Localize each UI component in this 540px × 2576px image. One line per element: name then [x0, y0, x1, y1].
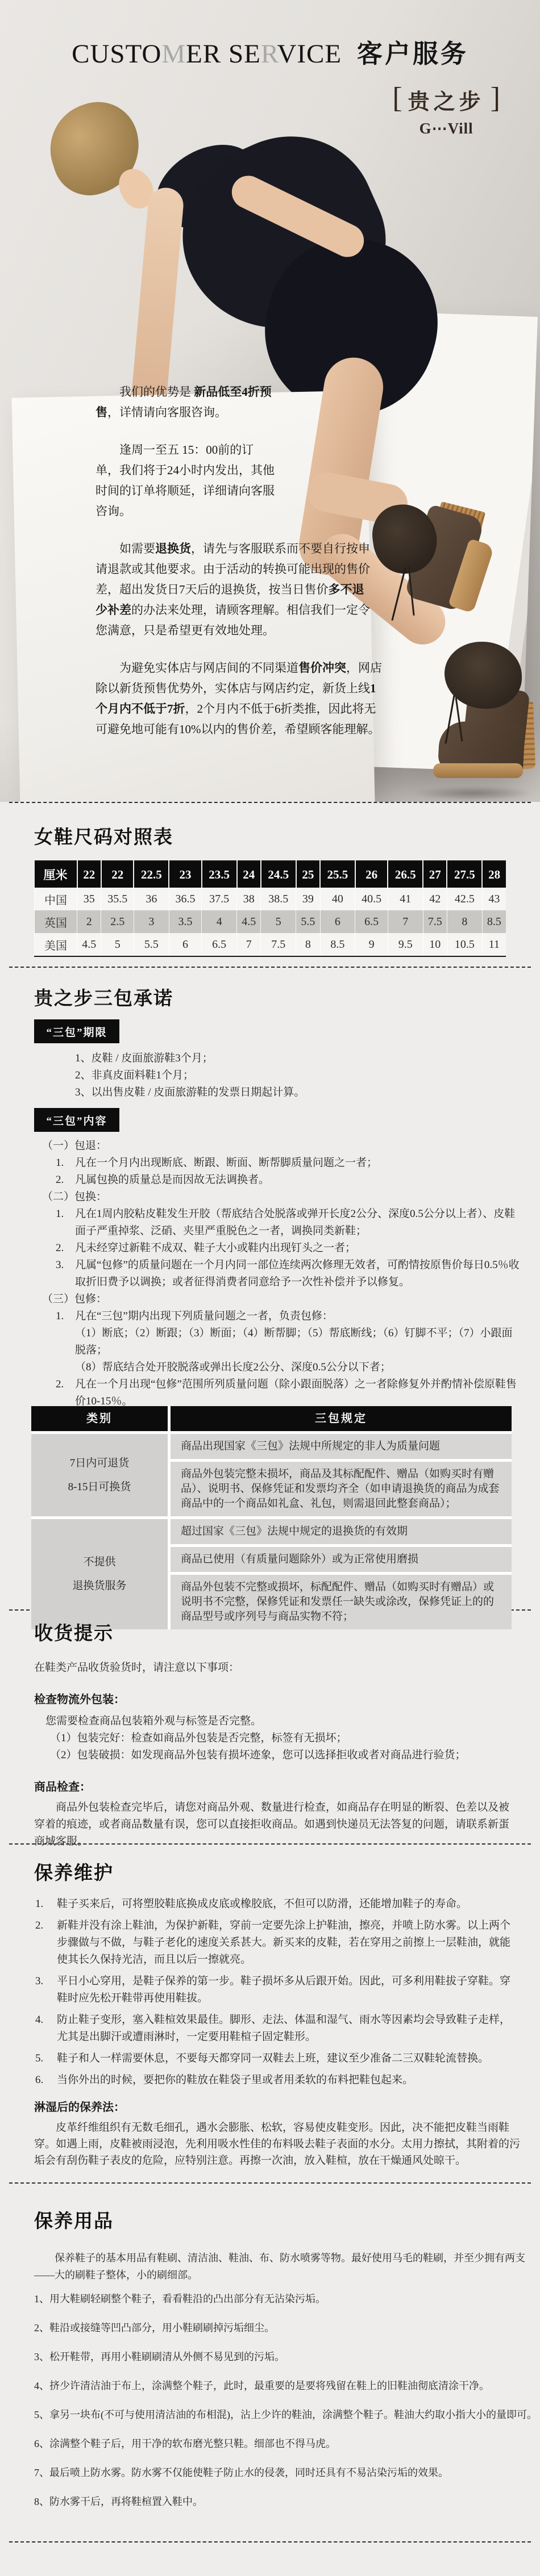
item-text: 鞋子买来后，可将塑胶鞋底换成皮底或橡胶底，不但可以防滑，还能增加鞋子的寿命。 — [57, 1898, 467, 1910]
size-chart-table-wrap: 厘米222222.52323.52424.52525.52626.52727.5… — [34, 860, 540, 957]
size-cell: 7.5 — [261, 933, 296, 956]
warranty-group-heading: （三）包修： — [34, 1291, 523, 1308]
warranty-period-list: 1、皮鞋 / 皮面旅游鞋3个月；2、非真皮面料鞋1个月；3、以出售皮鞋 / 皮面… — [34, 1050, 540, 1101]
warranty-period-item: 2、非真皮面料鞋1个月； — [75, 1067, 540, 1084]
size-header-cell: 24.5 — [261, 861, 296, 888]
maintenance-item: 3.平日小心穿用，是鞋子保养的第一步。鞋子损坏多从后跟开始。因此，可多利用鞋拔子… — [34, 1973, 514, 2007]
receiving-section: 收货提示 在鞋类产品收货验货时，请注意以下事项： 检查物流外包装： 您需要检查商… — [0, 1611, 540, 1843]
size-header-cell: 27.5 — [447, 861, 482, 888]
size-header-cell: 厘米 — [35, 861, 77, 888]
size-cell: 8 — [447, 910, 482, 933]
policy-rule-cell: 超过国家《三包》法规中规定的退换货的有效期 — [171, 1519, 512, 1544]
item-text: 凡在一个月内出现断底、断跟、断面、断帮脚质量问题之一者； — [75, 1157, 377, 1169]
size-cell: 5 — [101, 933, 134, 956]
item-number: 6. — [35, 2072, 43, 2089]
policy-category-cell: 7日内可退货8-15日可换货 — [31, 1434, 168, 1516]
size-header-cell: 22 — [101, 861, 134, 888]
warranty-period-item: 1、皮鞋 / 皮面旅游鞋3个月； — [75, 1050, 540, 1067]
intro-paragraphs: 我们的优势是 新品低至4折预售，详情请向客服咨询。逢周一至五 15：00前的订单… — [95, 382, 387, 756]
supplies-list: 1、用大鞋刷轻刷整个鞋子，看看鞋沿的凸出部分有无沾染污垢。2、鞋沿或接缝等凹凸部… — [34, 2290, 537, 2510]
item-number: 2. — [56, 1172, 64, 1189]
maintenance-item: 1.鞋子买来后，可将塑胶鞋底换成皮底或橡胶底，不但可以防滑，还能增加鞋子的寿命。 — [34, 1896, 514, 1913]
supplies-item: 1、用大鞋刷轻刷整个鞋子，看看鞋沿的凸出部分有无沾染污垢。 — [34, 2290, 537, 2307]
section-title-warranty: 贵之步三包承诺 — [34, 984, 540, 1010]
size-cell: 10 — [423, 933, 447, 956]
warranty-group-heading: （二）包换： — [34, 1189, 523, 1206]
item-text: 鞋子和人一样需要休息，不要每天都穿同一双鞋去上班，建议至少准备二三双鞋轮流替换。 — [57, 2052, 489, 2064]
wet-care-body: 皮革纤维组织有无数毛细孔，遇水会膨胀、松软，容易使皮鞋变形。因此，决不能把皮鞋当… — [34, 2119, 522, 2169]
size-cell: 43 — [482, 888, 506, 910]
packaging-check-lead: 您需要检查商品包装箱外观与标签是否完整。 — [34, 1713, 540, 1730]
item-number: 2. — [56, 1240, 64, 1257]
policy-category-line: 不提供 — [83, 1555, 115, 1570]
item-number: 1. — [56, 1308, 64, 1325]
label-warranty-content: “三包”内容 — [34, 1108, 119, 1132]
page-title: CUSTOMER SERVICE 客户服务 — [0, 33, 540, 70]
supplies-item: 4、挤少许清洁油于布上，涂满整个鞋子，此时，最重要的是要将残留在鞋上的旧鞋油彻底… — [34, 2377, 537, 2394]
item-text: 当你外出的时候，要把你的鞋放在鞋袋子里或者用柔软的布料把鞋包起来。 — [57, 2074, 413, 2086]
brand-logo: [ 贵之步 ] G⋯Vill — [392, 84, 500, 137]
warranty-item: 3.凡属“包修”的质量问题在一个月内同一部位连续两次修理无效者，可酌情按原售价每… — [34, 1257, 523, 1291]
hero-banner: CUSTOMER SERVICE 客户服务 [ 贵之步 ] G⋯Vill 我们的… — [0, 0, 540, 802]
section-title-supplies: 保养用品 — [34, 2213, 540, 2230]
size-cell: 5.5 — [296, 910, 320, 933]
size-cell: 35 — [77, 888, 101, 910]
logo-bracket-left: [ — [392, 87, 402, 110]
policy-table: 类别三包规定7日内可退货8-15日可换货商品出现国家《三包》法规中所规定的非人为… — [31, 1406, 512, 1629]
table-head: 厘米222222.52323.52424.52525.52626.52727.5… — [35, 861, 506, 888]
subheading-wet-care: 淋湿后的保养法： — [34, 2099, 540, 2116]
supplies-item: 2、鞋沿或接缝等凹凸部分，用小鞋刷刷掉污垢细尘。 — [34, 2319, 537, 2336]
item-text: 凡属“包修”的质量问题在一个月内同一部位连续两次修理无效者，可酌情按原售价每日0… — [75, 1259, 520, 1288]
item-number: 3. — [56, 1257, 64, 1274]
size-cell: 40 — [320, 888, 355, 910]
item-number: 3. — [35, 1973, 43, 1990]
text-run: 退换货 — [155, 542, 191, 555]
item-number: 1. — [56, 1155, 64, 1172]
floor-shadow-shape — [414, 786, 533, 801]
policy-category-line: 8-15日可换货 — [68, 1480, 131, 1495]
size-cell: 2 — [77, 910, 101, 933]
supplies-item: 8、防水雾干后，再将鞋楦置入鞋中。 — [34, 2493, 537, 2510]
item-text: 防止鞋子变形，塞入鞋楦效果最佳。脚形、走法、体温和湿气、雨水等因素均会导致鞋子走… — [57, 2014, 510, 2043]
title-letter: VICE — [277, 39, 342, 69]
size-cell: 6 — [320, 910, 355, 933]
size-cell: 6.5 — [202, 933, 237, 956]
size-row-label: 美国 — [35, 933, 77, 956]
packaging-check-item: （2）包装破损：如发现商品外包装有损坏迹象，您可以选择拒收或者对商品进行验货； — [34, 1747, 540, 1764]
size-header-cell: 23 — [169, 861, 202, 888]
item-text: 凡在1周内胶粘皮鞋发生开胶（帮底结合处脱落或弹开长度2公分、深度0.5公分以上者… — [75, 1208, 515, 1237]
maintenance-section: 保养维护 1.鞋子买来后，可将塑胶鞋底换成皮底或橡胶底，不但可以防滑，还能增加鞋… — [0, 1845, 540, 2182]
warranty-period-item: 3、以出售皮鞋 / 皮面旅游鞋的发票日期起计算。 — [75, 1084, 540, 1101]
text-run: 我们的优势是 — [119, 385, 194, 399]
title-letter: R — [261, 39, 277, 69]
intro-paragraph: 逢周一至五 15：00前的订单，我们将于24小时内发出，其他时间的订单将顺延，详… — [95, 440, 276, 521]
supplies-item: 6、涂满整个鞋子后，用干净的软布磨光整只鞋。细部也不得马虎。 — [34, 2435, 537, 2452]
size-cell: 39 — [296, 888, 320, 910]
warranty-section: 贵之步三包承诺 “三包”期限 1、皮鞋 / 皮面旅游鞋3个月；2、非真皮面料鞋1… — [0, 968, 540, 1391]
bottom-spacer — [0, 2542, 540, 2575]
size-cell: 9 — [355, 933, 388, 956]
size-cell: 40.5 — [355, 888, 388, 910]
section-title-receiving: 收货提示 — [34, 1625, 540, 1642]
size-header-cell: 24 — [237, 861, 261, 888]
size-row-label: 英国 — [35, 910, 77, 933]
size-cell: 4.5 — [77, 933, 101, 956]
item-number: 4. — [35, 2012, 43, 2029]
item-number: 5. — [35, 2050, 43, 2067]
logo-bracket-right: ] — [491, 87, 500, 110]
size-cell: 3.5 — [169, 910, 202, 933]
item-text: 凡在“三包”期内出现下列质量问题之一者，负责包修： — [75, 1310, 333, 1322]
intro-paragraph: 为避免实体店与网店间的不同渠道售价冲突，网店除以新货预售优势外，实体店与网店约定… — [95, 658, 387, 739]
policy-category-line: 退换货服务 — [72, 1579, 126, 1594]
table-body: 中国3535.53636.537.53838.5394040.5414242.5… — [35, 888, 506, 956]
item-number: 2. — [56, 1376, 64, 1393]
warranty-item: 2.凡属包换的质量总是而因故无法调换者。 — [34, 1172, 523, 1189]
size-cell: 4.5 — [237, 910, 261, 933]
warranty-item: 1.凡在1周内胶粘皮鞋发生开胶（帮底结合处脱落或弹开长度2公分、深度0.5公分以… — [34, 1206, 523, 1240]
size-row-label: 中国 — [35, 888, 77, 910]
policy-header-cell: 类别 — [31, 1406, 168, 1431]
item-number: 2. — [35, 1917, 43, 1934]
size-header-cell: 23.5 — [202, 861, 237, 888]
intro-paragraph: 如需要退换货，请先与客服联系而不要自行按申请退款或其他要求。由于活动的转换可能出… — [95, 538, 373, 641]
size-cell: 7 — [388, 910, 423, 933]
size-header-cell: 22.5 — [134, 861, 169, 888]
size-header-cell: 22 — [77, 861, 101, 888]
maintenance-list: 1.鞋子买来后，可将塑胶鞋底换成皮底或橡胶底，不但可以防滑，还能增加鞋子的寿命。… — [34, 1896, 514, 2089]
page-title-cn: 客户服务 — [357, 40, 468, 68]
boot-sole-shape — [433, 763, 523, 778]
supplies-item: 7、最后喷上防水雾。防水雾不仅能使鞋子防止水的侵袭，同时还具有不易沾染污垢的效果… — [34, 2464, 537, 2481]
size-header-cell: 28 — [482, 861, 506, 888]
size-cell: 42 — [423, 888, 447, 910]
text-run: ，详情请向客服咨询。 — [107, 405, 227, 419]
policy-header-cell: 三包规定 — [171, 1406, 512, 1431]
size-chart-section: 女鞋尺码对照表 厘米222222.52323.52424.52525.52626… — [0, 803, 540, 967]
subheading-packaging-check: 检查物流外包装： — [34, 1691, 540, 1708]
policy-table-section: 类别三包规定7日内可退货8-15日可换货商品出现国家《三包》法规中所规定的非人为… — [0, 1391, 540, 1609]
policy-category-line: 7日内可退货 — [70, 1456, 130, 1471]
text-run: 为避免实体店与网店间的不同渠道 — [119, 661, 298, 675]
item-text: 平日小心穿用，是鞋子保养的第一步。鞋子损坏多从后跟开始。因此，可多利用鞋拔子穿鞋… — [57, 1975, 510, 2004]
warranty-subline: （1）断底；（2）断跟；（3）断面；（4）断帮脚；（5）帮底断线；（6）钉脚不平… — [34, 1325, 523, 1359]
table-row: 中国3535.53636.537.53838.5394040.5414242.5… — [35, 888, 506, 910]
size-cell: 36 — [134, 888, 169, 910]
table-row: 美国4.555.566.577.588.599.51010.511 — [35, 933, 506, 956]
supplies-item: 5、拿另一块布(不可与使用清洁油的布相混)，沾上少许的鞋油，涂满整个鞋子。鞋油大… — [34, 2406, 537, 2423]
size-cell: 8 — [296, 933, 320, 956]
item-number: 1. — [35, 1896, 43, 1913]
item-text: 凡属包换的质量总是而因故无法调换者。 — [75, 1174, 269, 1186]
policy-rule-cell: 商品已使用（有质量问题除外）或为正常使用磨损 — [171, 1547, 512, 1572]
size-cell: 7 — [237, 933, 261, 956]
size-cell: 35.5 — [101, 888, 134, 910]
customer-service-page: CUSTOMER SERVICE 客户服务 [ 贵之步 ] G⋯Vill 我们的… — [0, 0, 540, 2576]
size-header-cell: 25.5 — [320, 861, 355, 888]
size-cell: 3 — [134, 910, 169, 933]
size-cell: 6 — [169, 933, 202, 956]
warranty-item: 1.凡在“三包”期内出现下列质量问题之一者，负责包修： — [34, 1308, 523, 1325]
size-cell: 2.5 — [101, 910, 134, 933]
text-run: 的办法来处理，请顾客理解。相信我们一定令您满意，只是希望更有效地处理。 — [95, 603, 370, 637]
size-cell: 36.5 — [169, 888, 202, 910]
text-run: 如需要 — [119, 542, 155, 555]
maintenance-item: 2.新鞋并没有涂上鞋油，为保护新鞋，穿前一定要先涂上护鞋油，擦亮，并喷上防水雾。… — [34, 1917, 514, 1968]
text-run: 逢周一至五 15：00前的订单，我们将于24小时内发出，其他时间的订单将顺延，详… — [95, 443, 275, 518]
size-header-cell: 26.5 — [388, 861, 423, 888]
warranty-content-groups: （一）包退：1.凡在一个月内出现断底、断跟、断面、断帮脚质量问题之一者；2.凡属… — [34, 1138, 523, 1410]
title-letter: ER SE — [186, 39, 261, 69]
size-cell: 38.5 — [261, 888, 296, 910]
size-cell: 10.5 — [447, 933, 482, 956]
table-row: 厘米222222.52323.52424.52525.52626.52727.5… — [35, 861, 506, 888]
size-cell: 5 — [261, 910, 296, 933]
item-number: 1. — [56, 1206, 64, 1223]
text-run: 售价冲突 — [298, 661, 346, 675]
size-cell: 9.5 — [388, 933, 423, 956]
size-chart-table: 厘米222222.52323.52424.52525.52626.52727.5… — [34, 860, 506, 957]
size-cell: 38 — [237, 888, 261, 910]
maintenance-item: 5.鞋子和人一样需要休息，不要每天都穿同一双鞋去上班，建议至少准备二三双鞋轮流替… — [34, 2050, 514, 2067]
brand-logo-mark: [ 贵之步 ] — [392, 84, 500, 115]
warranty-item: 1.凡在一个月内出现断底、断跟、断面、断帮脚质量问题之一者； — [34, 1155, 523, 1172]
intro-paragraph: 我们的优势是 新品低至4折预售，详情请向客服咨询。 — [95, 382, 276, 423]
receiving-intro: 在鞋类产品收货验货时，请注意以下事项： — [34, 1659, 540, 1676]
size-header-cell: 25 — [296, 861, 320, 888]
logo-name-en: G⋯Vill — [392, 120, 500, 137]
size-cell: 41 — [388, 888, 423, 910]
logo-name-cn: 贵之步 — [408, 84, 485, 115]
warranty-subline: （8）帮底结合处开胶脱落或弹出长度2公分、深度0.5公分以下者； — [34, 1359, 523, 1376]
item-text: 新鞋并没有涂上鞋油，为保护新鞋，穿前一定要先涂上护鞋油，擦亮，并喷上防水雾。以上… — [57, 1920, 510, 1966]
supplies-item: 3、松开鞋带，再用小鞋刷刷清从外侧不易见到的污垢。 — [34, 2348, 537, 2365]
model-arm-shape — [130, 186, 185, 413]
size-cell: 8.5 — [320, 933, 355, 956]
subheading-product-check: 商品检查： — [34, 1779, 540, 1796]
warranty-group-heading: （一）包退： — [34, 1138, 523, 1155]
maintenance-item: 6.当你外出的时候，要把你的鞋放在鞋袋子里或者用柔软的布料把鞋包起来。 — [34, 2072, 514, 2089]
size-header-cell: 27 — [423, 861, 447, 888]
supplies-section: 保养用品 保养鞋子的基本用品有鞋刷、清洁油、鞋油、布、防水喷雾等物。最好使用马毛… — [0, 2184, 540, 2541]
packaging-check-item: （1）包装完好：检查如商品外包装是否完整，标签有无损坏； — [34, 1730, 540, 1747]
title-letter: CUSTO — [72, 39, 161, 69]
size-cell: 5.5 — [134, 933, 169, 956]
size-cell: 37.5 — [202, 888, 237, 910]
item-text: 凡未经穿过新鞋不成双、鞋子大小或鞋内出现钉头之一者； — [75, 1242, 356, 1254]
size-cell: 8.5 — [482, 910, 506, 933]
size-cell: 6.5 — [355, 910, 388, 933]
title-letter: M — [161, 39, 186, 69]
section-title-size-chart: 女鞋尺码对照表 — [34, 822, 540, 849]
label-warranty-period: “三包”期限 — [34, 1019, 119, 1043]
policy-rule-cell: 商品出现国家《三包》法规中所规定的非人为质量问题 — [171, 1434, 512, 1459]
section-title-maintenance: 保养维护 — [34, 1865, 540, 1882]
policy-rule-cell: 商品外包装完整未损坏，商品及其标配配件、赠品（如购买时有赠品）、说明书、保修凭证… — [171, 1462, 512, 1516]
size-cell: 4 — [202, 910, 237, 933]
table-row: 英国22.533.544.555.566.577.588.5 — [35, 910, 506, 933]
page-title-en: CUSTOMER SERVICE — [72, 39, 342, 69]
supplies-intro: 保养鞋子的基本用品有鞋刷、清洁油、鞋油、布、防水喷雾等物。最好使用马毛的鞋刷，并… — [34, 2249, 530, 2284]
warranty-item: 2.凡未经穿过新鞋不成双、鞋子大小或鞋内出现钉头之一者； — [34, 1240, 523, 1257]
maintenance-item: 4.防止鞋子变形，塞入鞋楦效果最佳。脚形、走法、体温和湿气、雨水等因素均会导致鞋… — [34, 2012, 514, 2046]
size-header-cell: 26 — [355, 861, 388, 888]
product-check-body: 商品外包装检查完毕后，请您对商品外观、数量进行检查，如商品存在明显的断裂、色差以… — [34, 1799, 518, 1850]
size-cell: 42.5 — [447, 888, 482, 910]
packaging-check-items: （1）包装完好：检查如商品外包装是否完整，标签有无损坏；（2）包装破损：如发现商… — [34, 1730, 540, 1764]
size-cell: 11 — [482, 933, 506, 956]
size-cell: 7.5 — [423, 910, 447, 933]
